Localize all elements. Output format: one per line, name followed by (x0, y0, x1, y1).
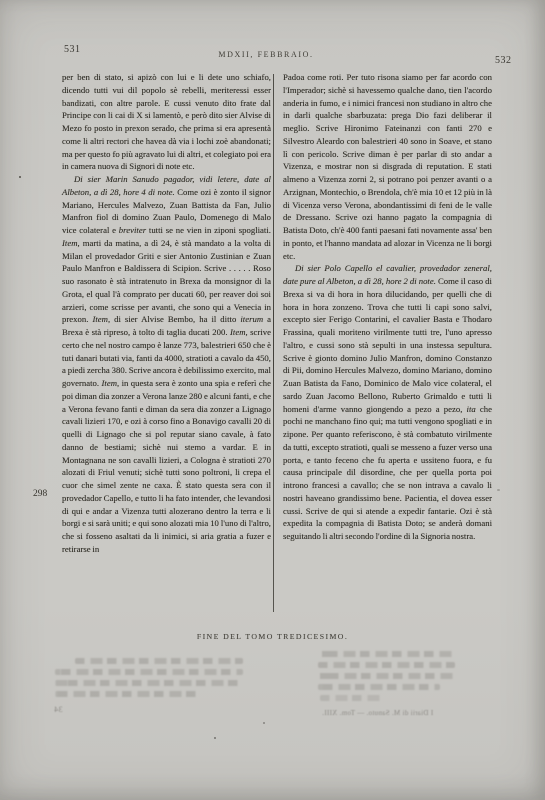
showthrough-line (320, 695, 384, 701)
italic-text-segment: Item (230, 327, 246, 337)
paragraph: Di sier Polo Capello el cavalier, proved… (283, 262, 492, 543)
showthrough-signature-mark: 34 (54, 705, 63, 714)
paragraph: Padoa come roti. Per tuto risona siamo p… (283, 71, 492, 262)
text-column-right: Padoa come roti. Per tuto risona siamo p… (283, 71, 492, 543)
scan-speck (19, 176, 21, 178)
showthrough-line (318, 662, 455, 668)
showthrough-line (55, 691, 201, 697)
text-column-left: per ben di stato, si apizò con lui e li … (62, 71, 271, 556)
showthrough-line (75, 658, 243, 664)
column-divider-rule (273, 74, 274, 612)
scan-speck (497, 489, 500, 491)
paragraph: Di sier Marin Sanudo pagador, vidi leter… (62, 173, 271, 556)
showthrough-line (320, 651, 454, 657)
text-segment: per ben di stato, si apizò con lui e li … (62, 72, 271, 171)
text-segment: , di sier Alvise Bembo, ha il ditto (108, 314, 240, 324)
paragraph: per ben di stato, si apizò con lui e li … (62, 71, 271, 173)
scan-speck (214, 737, 216, 739)
running-title: MDXII, FEBBRAIO. (156, 50, 376, 59)
text-segment: , in questa sera è zonto una spia e refe… (62, 378, 271, 554)
scan-speck (263, 722, 265, 724)
text-segment: , marti da matina, a dì 24, è stà mandat… (62, 238, 271, 325)
page-number-right: 532 (495, 55, 512, 66)
text-segment: Come il caso di Brexa si va di hora in h… (283, 276, 492, 414)
italic-text-segment: Item (62, 238, 78, 248)
scanned-book-page: 531 MDXII, FEBBRAIO. 532 298 per ben di … (0, 0, 545, 800)
margin-column-number: 298 (33, 489, 47, 499)
italic-text-segment: Item (101, 378, 117, 388)
showthrough-line (318, 673, 455, 679)
italic-text-segment: iterum (240, 314, 263, 324)
italic-text-segment: ita (467, 404, 476, 414)
showthrough-line (55, 680, 243, 686)
italic-text-segment: Item (92, 314, 108, 324)
text-segment: Padoa come roti. Per tuto risona siamo p… (283, 72, 492, 261)
italic-text-segment: breviter (119, 225, 146, 235)
text-segment: che pochi ne manchano fino qui; ma tutti… (283, 404, 492, 542)
showthrough-running-footer: I Diarii di M. Sanuto. — Tom. XIII. (322, 709, 433, 717)
showthrough-line (318, 684, 440, 690)
end-of-volume-line: FINE DEL TOMO TREDICESIMO. (0, 632, 545, 641)
text-segment: tutti se ne vien in ziponi spogliati. (146, 225, 271, 235)
showthrough-line (55, 669, 243, 675)
page-number-left: 531 (64, 44, 81, 55)
